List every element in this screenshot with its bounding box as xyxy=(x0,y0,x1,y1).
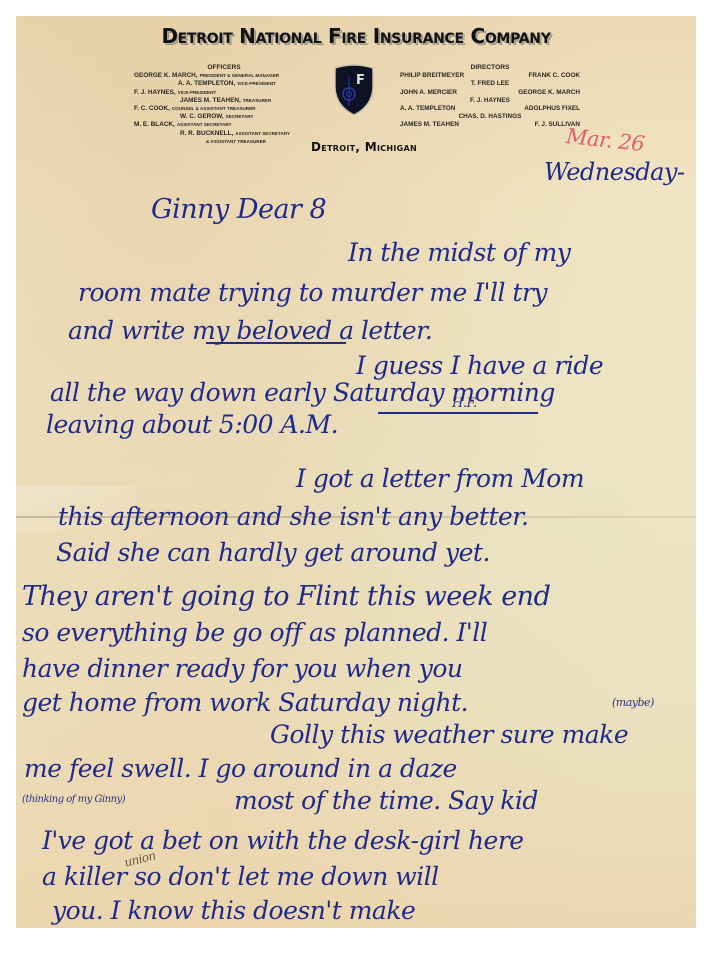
letter-line: me feel swell. I go around in a daze xyxy=(24,754,457,783)
salutation: Ginny Dear 8 xyxy=(151,194,326,225)
letter-day: Wednesday- xyxy=(544,158,685,186)
officer-row: James M. Teahen, Treasurer xyxy=(134,97,314,105)
directors-block: Directors Philip Breitmeyer Frank C. Coo… xyxy=(400,64,580,130)
officer-row: R. R. Bucknell, Assistant Secretary xyxy=(134,130,314,138)
letter-line: I've got a bet on with the desk-girl her… xyxy=(42,826,524,855)
letter-line: you. I know this doesn't make xyxy=(52,896,415,925)
letter-line: a killer so don't let me down will xyxy=(42,862,439,891)
underline-mark xyxy=(206,342,346,344)
director-row: James M. Teahen F. J. Sullivan xyxy=(400,121,580,129)
letter-line: so everything be go off as planned. I'll xyxy=(22,618,487,647)
director-row: A. A. Templeton Adolphus Fixel xyxy=(400,105,580,113)
letter-line: In the midst of my xyxy=(348,238,570,267)
officer-row: A. A. Templeton, Vice-President xyxy=(134,80,314,88)
director-row: Philip Breitmeyer Frank C. Cook xyxy=(400,72,580,80)
officer-row: F. C. Cook, Counsel & Assistant Treasure… xyxy=(134,105,314,113)
shield-icon: F xyxy=(332,62,376,116)
officer-row: George K. March, President & General Man… xyxy=(134,72,314,80)
director-row: Chas. D. Hastings xyxy=(400,113,580,121)
officers-block: Officers George K. March, President & Ge… xyxy=(134,64,314,146)
directors-heading: Directors xyxy=(400,64,580,72)
letter-line: most of the time. Say kid xyxy=(234,786,538,815)
letter-line: have dinner ready for you when you xyxy=(22,654,463,683)
letter-line: I guess I have a ride xyxy=(356,351,603,380)
director-row: F. J. Haynes xyxy=(400,97,580,105)
letter-line: leaving about 5:00 A.M. xyxy=(46,410,338,439)
letter-line: room mate trying to murder me I'll try xyxy=(78,278,547,307)
letter-line: and write my beloved a letter. xyxy=(68,316,432,345)
director-row: T. Fred Lee xyxy=(400,80,580,88)
officer-row: F. J. Haynes, Vice-President xyxy=(134,89,314,97)
initials-annotation: H.F. xyxy=(452,396,477,411)
officer-row: M. E. Black, Assistant Secretary xyxy=(134,121,314,129)
svg-text:F: F xyxy=(356,73,365,88)
letter-line: all the way down early Saturday morning xyxy=(50,378,555,407)
officer-row: W. C. Gerow, Secretary xyxy=(134,113,314,121)
letter-line: They aren't going to Flint this week end xyxy=(22,581,550,612)
officers-heading: Officers xyxy=(134,64,314,72)
letter-line: Golly this weather sure make xyxy=(270,720,628,749)
thinking-annotation: (thinking of my Ginny) xyxy=(22,794,125,805)
letter-line: Said she can hardly get around yet. xyxy=(56,538,490,567)
letter-page: Detroit National Fire Insurance Company … xyxy=(16,16,696,928)
maybe-annotation: (maybe) xyxy=(612,696,654,709)
company-name: Detroit National Fire Insurance Company xyxy=(16,24,696,48)
saturday-underline xyxy=(378,412,538,414)
letter-line: this afternoon and she isn't any better. xyxy=(58,502,528,531)
letter-line: I got a letter from Mom xyxy=(296,464,584,493)
letter-line: get home from work Saturday night. xyxy=(22,688,468,717)
director-row: John A. Mercier George K. March xyxy=(400,89,580,97)
